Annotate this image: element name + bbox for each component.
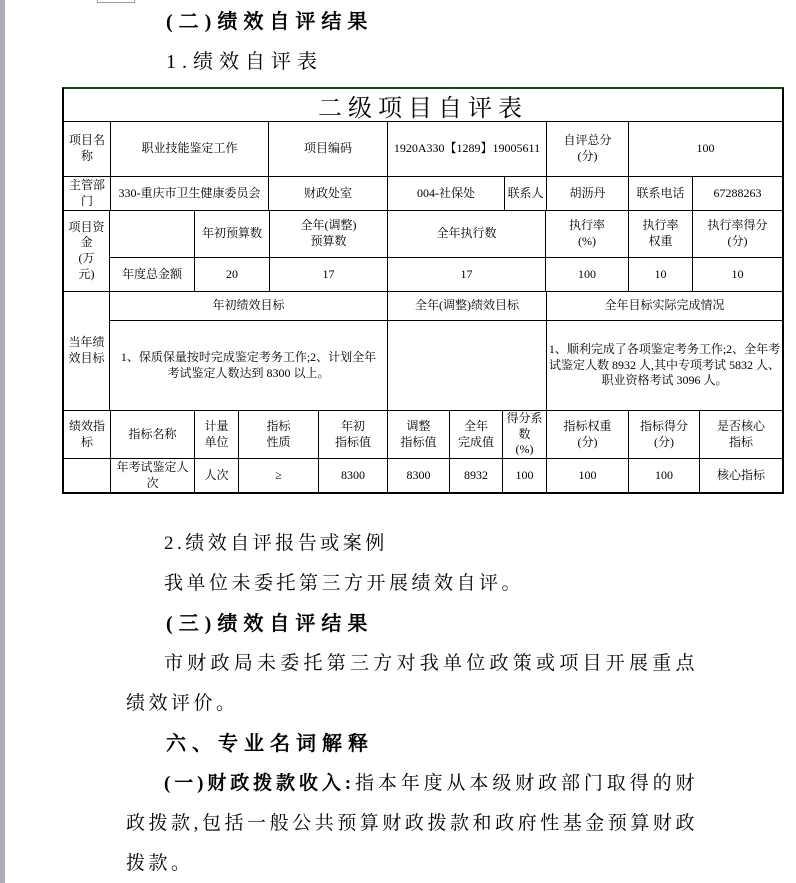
document-page: (二)绩效自评结果 1.绩效自评表 二级项目自评表 项目名 称 职业技能鉴定工作… bbox=[0, 0, 796, 883]
core-indicator-header: 是否核心 指标 bbox=[699, 411, 782, 458]
funds-label: 项目资 金 (万 元) bbox=[64, 211, 110, 291]
adjusted-value-header: 调整 指标值 bbox=[387, 411, 449, 458]
adjusted-budget-value: 17 bbox=[269, 258, 387, 291]
indicator-name-header: 指标名称 bbox=[110, 411, 194, 458]
section-heading-2: (二)绩效自评结果 bbox=[126, 2, 698, 42]
adjusted-budget-header: 全年(调整) 预算数 bbox=[269, 211, 387, 257]
goals-label: 当年绩 效目标 bbox=[64, 292, 110, 410]
indicator-score-header: 指标得分 (分) bbox=[628, 411, 699, 458]
rate-score-header: 执行率得分 (分) bbox=[692, 211, 782, 257]
indicator-name-value: 年考试鉴定人 次 bbox=[110, 459, 194, 492]
execution-header: 全年执行数 bbox=[387, 211, 545, 257]
self-score-value: 100 bbox=[628, 122, 782, 176]
sub-item-1: 1.绩效自评表 bbox=[126, 42, 698, 82]
nature-header: 指标 性质 bbox=[238, 411, 318, 458]
actual-completion-text: 1、顺利完成了各项鉴定考务工作;2、全年考试鉴定人数 8932 人,其中专项考试… bbox=[546, 321, 782, 410]
initial-goal-header: 年初绩效目标 bbox=[110, 292, 387, 320]
rate-score-value: 10 bbox=[692, 258, 782, 291]
project-code-label: 项目编码 bbox=[268, 122, 387, 176]
phone-value: 67288263 bbox=[692, 177, 782, 210]
adjusted-goal-header: 全年(调整)绩效目标 bbox=[387, 292, 546, 320]
department-value: 330-重庆市卫生健康委员会 bbox=[110, 177, 268, 210]
score-coefficient-header: 得分系 数 (%) bbox=[502, 411, 546, 458]
contact-value: 胡沥丹 bbox=[546, 177, 628, 210]
intro-text-block: (二)绩效自评结果 1.绩效自评表 bbox=[126, 2, 698, 82]
funds-value-row: 年度总金额 20 17 17 100 10 10 bbox=[110, 257, 782, 291]
nature-value: ≥ bbox=[238, 459, 318, 492]
completed-value: 8932 bbox=[449, 459, 502, 492]
section-heading-3: (三)绩效自评结果 bbox=[126, 604, 698, 644]
funds-header-row: 年初预算数 全年(调整) 预算数 全年执行数 执行率 (%) 执行率 权重 执行… bbox=[110, 211, 782, 257]
goals-content-row: 1、保质保量按时完成鉴定考务工作;2、计划全年考试鉴定人数达到 8300 以上。… bbox=[110, 320, 782, 410]
project-row: 项目名 称 职业技能鉴定工作 项目编码 1920A330【1289】190056… bbox=[64, 121, 782, 176]
section-heading-6: 六、专业名词解释 bbox=[126, 724, 698, 764]
initial-value: 8300 bbox=[318, 459, 387, 492]
rate-weight-value: 10 bbox=[628, 258, 692, 291]
definition-paragraph: (一)财政拨款收入:指本年度从本级财政部门取得的财政拨款,包括一般公共预算财政拨… bbox=[126, 764, 698, 883]
core-indicator-value: 核心指标 bbox=[699, 459, 782, 492]
self-evaluation-table: 二级项目自评表 项目名 称 职业技能鉴定工作 项目编码 1920A330【128… bbox=[62, 87, 784, 494]
actual-completion-header: 全年目标实际完成情况 bbox=[546, 292, 782, 320]
unit-value: 人次 bbox=[194, 459, 238, 492]
completed-value-header: 全年 完成值 bbox=[449, 411, 502, 458]
indicator-weight-value: 100 bbox=[546, 459, 628, 492]
adjusted-goal-text bbox=[387, 321, 546, 410]
indicator-value-row: 年考试鉴定人 次 人次 ≥ 8300 8300 8932 100 100 100… bbox=[64, 458, 782, 492]
indicator-section-label: 绩效指 标 bbox=[64, 411, 110, 458]
report-item-line: 2.绩效自评报告或案例 bbox=[126, 524, 698, 564]
indicator-weight-header: 指标权重 (分) bbox=[546, 411, 628, 458]
indicator-header-row: 绩效指 标 指标名称 计量 单位 指标 性质 年初 指标值 调整 指标值 全年 … bbox=[64, 410, 782, 458]
body-text-block: 2.绩效自评报告或案例 我单位未委托第三方开展绩效自评。 (三)绩效自评结果 市… bbox=[126, 524, 698, 883]
execution-rate-value: 100 bbox=[545, 258, 628, 291]
project-name-label: 项目名 称 bbox=[64, 122, 110, 176]
window-edge-strip bbox=[0, 0, 5, 883]
department-label: 主管部 门 bbox=[64, 177, 110, 210]
annual-total-label: 年度总金额 bbox=[110, 258, 194, 291]
indicator-blank-cell bbox=[64, 459, 110, 492]
self-score-label: 自评总分 (分) bbox=[546, 122, 628, 176]
report-text-line: 我单位未委托第三方开展绩效自评。 bbox=[126, 564, 698, 604]
project-name-value: 职业技能鉴定工作 bbox=[110, 122, 268, 176]
office-label: 财政处室 bbox=[268, 177, 387, 210]
table-title: 二级项目自评表 bbox=[64, 89, 782, 121]
contact-label: 联系人 bbox=[504, 177, 546, 210]
definition-lead: (一)财政拨款收入: bbox=[164, 773, 355, 794]
goals-header-row: 年初绩效目标 全年(调整)绩效目标 全年目标实际完成情况 bbox=[110, 292, 782, 320]
initial-value-header: 年初 指标值 bbox=[318, 411, 387, 458]
adjusted-value: 8300 bbox=[387, 459, 449, 492]
funds-band: 项目资 金 (万 元) 年初预算数 全年(调整) 预算数 全年执行数 执行率 (… bbox=[64, 210, 782, 291]
department-row: 主管部 门 330-重庆市卫生健康委员会 财政处室 004-社保处 联系人 胡沥… bbox=[64, 176, 782, 210]
execution-rate-header: 执行率 (%) bbox=[545, 211, 628, 257]
score-coefficient-value: 100 bbox=[502, 459, 546, 492]
execution-value: 17 bbox=[387, 258, 545, 291]
initial-budget-value: 20 bbox=[194, 258, 269, 291]
funds-blank-cell bbox=[110, 211, 194, 257]
initial-budget-header: 年初预算数 bbox=[194, 211, 269, 257]
project-code-value: 1920A330【1289】19005611 bbox=[387, 122, 546, 176]
section3-paragraph: 市财政局未委托第三方对我单位政策或项目开展重点绩效评价。 bbox=[126, 644, 698, 724]
initial-goal-text: 1、保质保量按时完成鉴定考务工作;2、计划全年考试鉴定人数达到 8300 以上。 bbox=[110, 321, 387, 410]
unit-header: 计量 单位 bbox=[194, 411, 238, 458]
office-value: 004-社保处 bbox=[387, 177, 504, 210]
phone-label: 联系电话 bbox=[628, 177, 692, 210]
indicator-score-value: 100 bbox=[628, 459, 699, 492]
rate-weight-header: 执行率 权重 bbox=[628, 211, 692, 257]
goals-band: 当年绩 效目标 年初绩效目标 全年(调整)绩效目标 全年目标实际完成情况 1、保… bbox=[64, 291, 782, 410]
